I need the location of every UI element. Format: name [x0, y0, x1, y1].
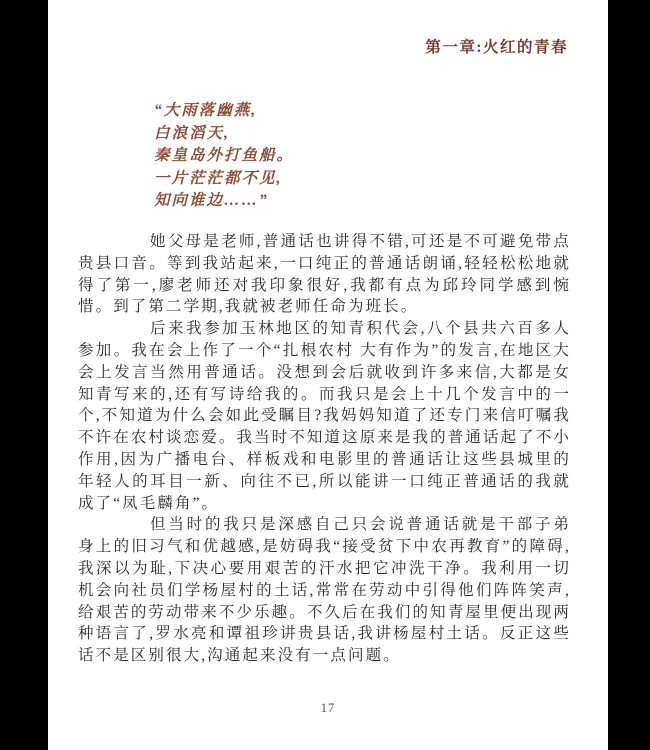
body-text-block: 她父母是老师,普通话也讲得不错,可还是不可避免带点贵县口音。等到我站起来,一口纯…: [78, 231, 571, 667]
body-paragraph: 后来我参加玉林地区的知青积代会,八个县共六百多人参加。我在会上作了一个“扎根农村…: [78, 318, 571, 514]
book-page-view: 第一章:火红的青春 “大雨落幽燕, 白浪滔天, 秦皇岛外打鱼船。 一片茫茫都不见…: [0, 0, 650, 750]
poem-line: 白浪滔天,: [154, 123, 294, 146]
body-paragraph: 但当时的我只是深感自己只会说普通话就是干部子弟身上的旧习气和优越感,是妨碍我“接…: [78, 514, 571, 667]
letterbox-right-band: [608, 0, 650, 750]
poem-line: 一片茫茫都不见,: [154, 168, 294, 191]
poem-line: 知向谁边……”: [154, 190, 294, 213]
poem-line: “大雨落幽燕,: [154, 100, 294, 123]
poem-line: 秦皇岛外打鱼船。: [154, 145, 294, 168]
body-paragraph: 她父母是老师,普通话也讲得不错,可还是不可避免带点贵县口音。等到我站起来,一口纯…: [78, 231, 571, 318]
letterbox-left-band: [0, 0, 48, 750]
chapter-header: 第一章:火红的青春: [48, 35, 568, 57]
page-number: 17: [48, 701, 608, 716]
poem-quote-block: “大雨落幽燕, 白浪滔天, 秦皇岛外打鱼船。 一片茫茫都不见, 知向谁边……”: [154, 100, 294, 213]
